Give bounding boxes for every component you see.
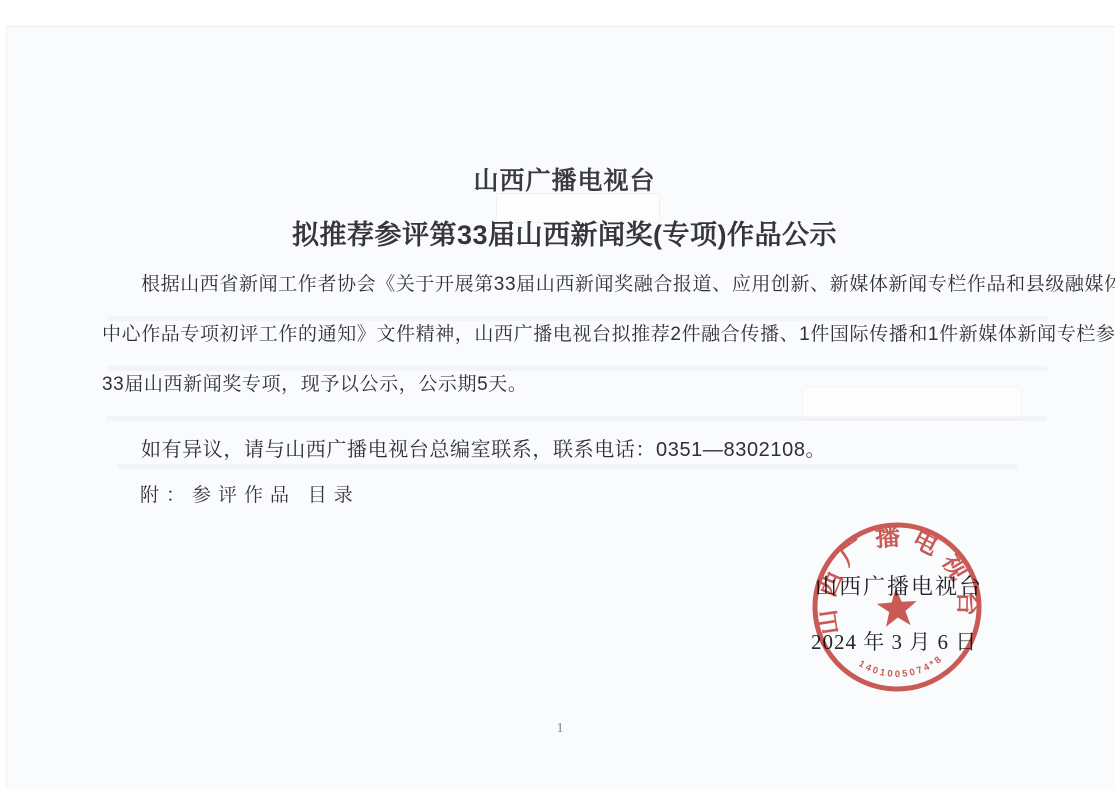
paragraph-line: 33届山西新闻奖专项，现予以公示，公示期5天。	[102, 371, 1042, 421]
scan-streak	[117, 464, 1017, 469]
red-star-icon	[876, 587, 919, 628]
document-title: 山西广播电视台	[7, 161, 1115, 197]
official-seal-stamp: 山西广播电视台 1401005074*8	[808, 518, 986, 696]
page-number: 1	[550, 721, 570, 737]
scanned-page: 山西广播电视台 拟推荐参评第33届山西新闻奖(专项)作品公示 根据山西省新闻工作…	[6, 26, 1115, 789]
document-subtitle: 拟推荐参评第33届山西新闻奖(专项)作品公示	[7, 213, 1115, 252]
contact-paragraph: 如有异议，请与山西广播电视台总编室联系，联系电话：0351—8302108。	[141, 433, 826, 462]
paragraph-line: 根据山西省新闻工作者协会《关于开展第33届山西新闻奖融合报道、应用创新、新媒体新…	[102, 271, 1042, 321]
paragraph-line: 中心作品专项初评工作的通知》文件精神，山西广播电视台拟推荐2件融合传播、1件国际…	[102, 321, 1042, 371]
seal-ring-text: 山西广播电视台	[808, 518, 985, 637]
attachment-note: 附：参评作品 目录	[140, 480, 360, 507]
main-paragraph: 根据山西省新闻工作者协会《关于开展第33届山西新闻奖融合报道、应用创新、新媒体新…	[102, 271, 1042, 421]
